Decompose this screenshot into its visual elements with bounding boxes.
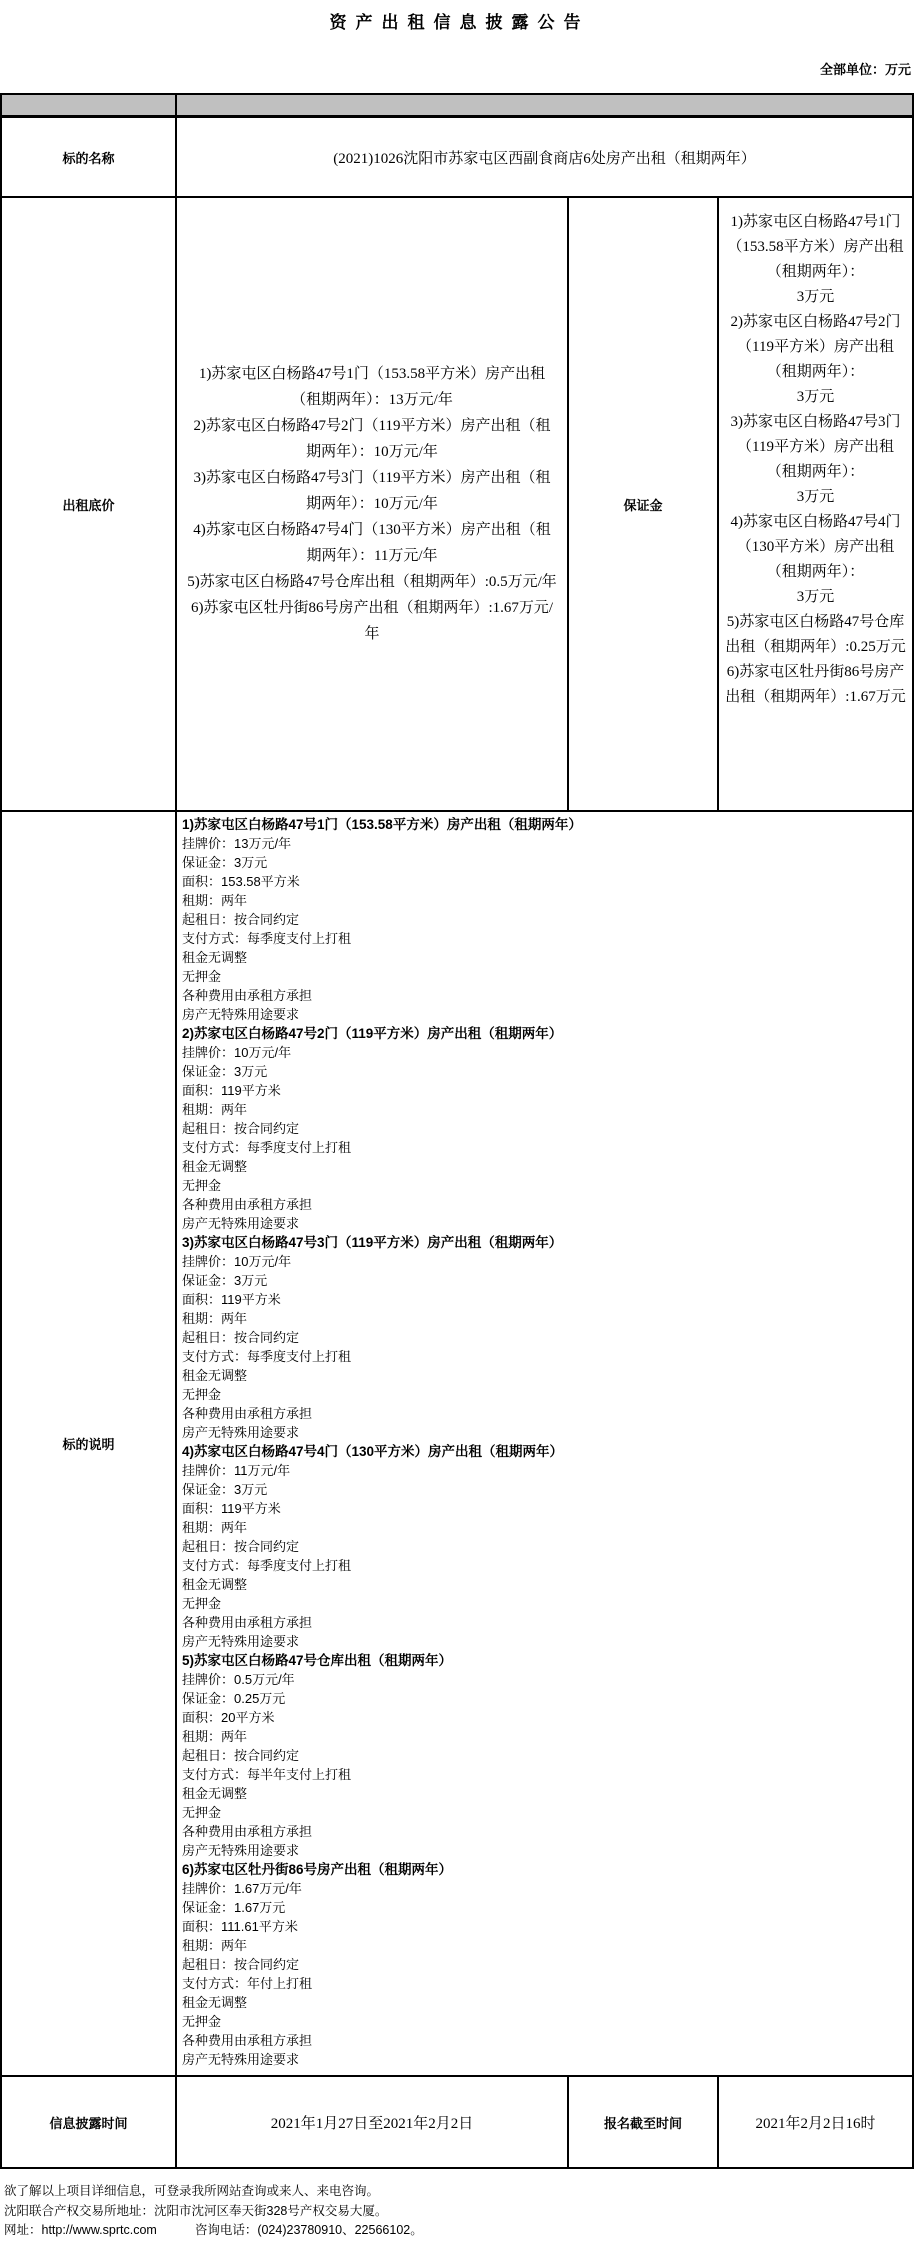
description-line: 租期：两年 (182, 1309, 906, 1328)
description-line: 挂牌价：0.5万元/年 (182, 1670, 906, 1689)
description-content-cell: 1)苏家屯区白杨路47号1门（153.58平方米）房产出租（租期两年）挂牌价：1… (176, 811, 913, 2076)
description-line: 保证金：3万元 (182, 1062, 906, 1081)
times-row: 信息披露时间 2021年1月27日至2021年2月2日 报名截至时间 2021年… (1, 2076, 913, 2168)
description-line: 房产无特殊用途要求 (182, 2050, 906, 2069)
description-heading: 4)苏家屯区白杨路47号4门（130平方米）房产出租（租期两年） (182, 1442, 906, 1461)
description-line: 房产无特殊用途要求 (182, 1214, 906, 1233)
deposit-item: 6)苏家屯区牡丹街86号房产出租（租期两年）:1.67万元 (723, 660, 908, 710)
description-block: 6)苏家屯区牡丹街86号房产出租（租期两年）挂牌价：1.67万元/年保证金：1.… (182, 1860, 906, 2069)
deposit-item: 1)苏家屯区白杨路47号1门（153.58平方米）房产出租（租期两年）：3万元 (723, 210, 908, 310)
description-line: 保证金：3万元 (182, 1271, 906, 1290)
price-deposit-row: 出租底价 1)苏家屯区白杨路47号1门（153.58平方米）房产出租（租期两年）… (1, 197, 913, 811)
disclosure-time-label: 信息披露时间 (1, 2076, 176, 2168)
description-line: 支付方式：年付上打租 (182, 1974, 906, 1993)
description-line: 面积：153.58平方米 (182, 872, 906, 891)
description-line: 保证金：3万元 (182, 1480, 906, 1499)
description-line: 租金无调整 (182, 1366, 906, 1385)
table-header-row (1, 94, 913, 117)
description-line: 起租日：按合同约定 (182, 1328, 906, 1347)
deposit-item-amount: 3万元 (723, 285, 908, 310)
header-value-cell (176, 94, 913, 117)
description-line: 租金无调整 (182, 1993, 906, 2012)
description-heading: 2)苏家屯区白杨路47号2门（119平方米）房产出租（租期两年） (182, 1024, 906, 1043)
deposit-item: 4)苏家屯区白杨路47号4门（130平方米）房产出租（租期两年）：3万元 (723, 510, 908, 610)
description-line: 面积：119平方米 (182, 1081, 906, 1100)
deposit-item: 5)苏家屯区白杨路47号仓库出租（租期两年）:0.25万元 (723, 610, 908, 660)
description-line: 各种费用由承租方承担 (182, 986, 906, 1005)
description-line: 各种费用由承租方承担 (182, 1613, 906, 1632)
description-line: 无押金 (182, 1594, 906, 1613)
footer-line-3: 网址：http://www.sprtc.com咨询电话：(024)2378091… (4, 2221, 919, 2241)
price-item: 1)苏家屯区白杨路47号1门（153.58平方米）房产出租（租期两年）：13万元… (187, 361, 557, 413)
description-line: 起租日：按合同约定 (182, 1537, 906, 1556)
description-line: 各种费用由承租方承担 (182, 1822, 906, 1841)
description-line: 各种费用由承租方承担 (182, 1195, 906, 1214)
description-line: 挂牌价：10万元/年 (182, 1252, 906, 1271)
description-line: 各种费用由承租方承担 (182, 1404, 906, 1423)
price-item: 5)苏家屯区白杨路47号仓库出租（租期两年）:0.5万元/年 (187, 569, 557, 595)
description-line: 支付方式：每季度支付上打租 (182, 929, 906, 948)
description-line: 无押金 (182, 967, 906, 986)
announcement-page: 资产出租信息披露公告 全部单位：万元 标的名称 (2021)1026沈阳市苏家屯… (0, 0, 919, 2241)
description-line: 租期：两年 (182, 1727, 906, 1746)
description-heading: 3)苏家屯区白杨路47号3门（119平方米）房产出租（租期两年） (182, 1233, 906, 1252)
description-line: 面积：20平方米 (182, 1708, 906, 1727)
footer-notes: 欲了解以上项目详细信息，可登录我所网站查询或来人、来电咨询。 沈阳联合产权交易所… (0, 2182, 919, 2241)
description-line: 保证金：3万元 (182, 853, 906, 872)
deposit-item-amount: 3万元 (723, 485, 908, 510)
description-line: 房产无特殊用途要求 (182, 1841, 906, 1860)
footer-line-1: 欲了解以上项目详细信息，可登录我所网站查询或来人、来电咨询。 (4, 2182, 919, 2202)
deposit-item-desc: 5)苏家屯区白杨路47号仓库出租（租期两年）:0.25万元 (723, 610, 908, 660)
description-block: 3)苏家屯区白杨路47号3门（119平方米）房产出租（租期两年）挂牌价：10万元… (182, 1233, 906, 1442)
description-line: 租金无调整 (182, 1784, 906, 1803)
price-item: 6)苏家屯区牡丹街86号房产出租（租期两年）:1.67万元/年 (187, 595, 557, 647)
description-line: 支付方式：每半年支付上打租 (182, 1765, 906, 1784)
description-line: 租期：两年 (182, 1100, 906, 1119)
description-label: 标的说明 (1, 811, 176, 2076)
deposit-item: 2)苏家屯区白杨路47号2门（119平方米）房产出租（租期两年）：3万元 (723, 310, 908, 410)
deposit-item-desc: 3)苏家屯区白杨路47号3门（119平方米）房产出租（租期两年）： (723, 410, 908, 485)
description-line: 挂牌价：1.67万元/年 (182, 1879, 906, 1898)
description-line: 各种费用由承租方承担 (182, 2031, 906, 2050)
description-line: 面积：119平方米 (182, 1499, 906, 1518)
description-heading: 1)苏家屯区白杨路47号1门（153.58平方米）房产出租（租期两年） (182, 815, 906, 834)
footer-website: 网址：http://www.sprtc.com (4, 2223, 157, 2237)
description-line: 保证金：1.67万元 (182, 1898, 906, 1917)
description-line: 挂牌价：13万元/年 (182, 834, 906, 853)
description-line: 起租日：按合同约定 (182, 1746, 906, 1765)
description-line: 无押金 (182, 1803, 906, 1822)
description-line: 支付方式：每季度支付上打租 (182, 1138, 906, 1157)
description-line: 无押金 (182, 1176, 906, 1195)
header-label-cell (1, 94, 176, 117)
description-heading: 5)苏家屯区白杨路47号仓库出租（租期两年） (182, 1651, 906, 1670)
deposit-item-desc: 6)苏家屯区牡丹街86号房产出租（租期两年）:1.67万元 (723, 660, 908, 710)
description-line: 租金无调整 (182, 948, 906, 967)
price-item: 3)苏家屯区白杨路47号3门（119平方米）房产出租（租期两年）：10万元/年 (187, 465, 557, 517)
deposit-item-amount: 3万元 (723, 585, 908, 610)
deposit-item: 3)苏家屯区白杨路47号3门（119平方米）房产出租（租期两年）：3万元 (723, 410, 908, 510)
description-line: 挂牌价：11万元/年 (182, 1461, 906, 1480)
subject-row: 标的名称 (2021)1026沈阳市苏家屯区西副食商店6处房产出租（租期两年） (1, 117, 913, 198)
description-line: 无押金 (182, 1385, 906, 1404)
price-item: 2)苏家屯区白杨路47号2门（119平方米）房产出租（租期两年）：10万元/年 (187, 413, 557, 465)
description-line: 起租日：按合同约定 (182, 910, 906, 929)
subject-value: (2021)1026沈阳市苏家屯区西副食商店6处房产出租（租期两年） (176, 117, 913, 198)
description-line: 房产无特殊用途要求 (182, 1005, 906, 1024)
deposit-label: 保证金 (568, 197, 718, 811)
deadline-value: 2021年2月2日16时 (718, 2076, 913, 2168)
description-line: 无押金 (182, 2012, 906, 2031)
price-items-cell: 1)苏家屯区白杨路47号1门（153.58平方米）房产出租（租期两年）：13万元… (176, 197, 568, 811)
description-line: 房产无特殊用途要求 (182, 1423, 906, 1442)
description-line: 起租日：按合同约定 (182, 1955, 906, 1974)
description-line: 租金无调整 (182, 1575, 906, 1594)
deposit-item-amount: 3万元 (723, 385, 908, 410)
description-line: 租金无调整 (182, 1157, 906, 1176)
description-line: 房产无特殊用途要求 (182, 1632, 906, 1651)
disclosure-time-value: 2021年1月27日至2021年2月2日 (176, 2076, 568, 2168)
footer-phone: 咨询电话：(024)23780910、22566102。 (195, 2223, 423, 2237)
description-line: 保证金：0.25万元 (182, 1689, 906, 1708)
description-block: 4)苏家屯区白杨路47号4门（130平方米）房产出租（租期两年）挂牌价：11万元… (182, 1442, 906, 1651)
description-row: 标的说明 1)苏家屯区白杨路47号1门（153.58平方米）房产出租（租期两年）… (1, 811, 913, 2076)
deposit-items-cell: 1)苏家屯区白杨路47号1门（153.58平方米）房产出租（租期两年）：3万元2… (718, 197, 913, 811)
deadline-label: 报名截至时间 (568, 2076, 718, 2168)
description-line: 支付方式：每季度支付上打租 (182, 1347, 906, 1366)
description-block: 2)苏家屯区白杨路47号2门（119平方米）房产出租（租期两年）挂牌价：10万元… (182, 1024, 906, 1233)
page-title: 资产出租信息披露公告 (0, 0, 919, 33)
description-line: 支付方式：每季度支付上打租 (182, 1556, 906, 1575)
description-line: 租期：两年 (182, 1518, 906, 1537)
description-line: 起租日：按合同约定 (182, 1119, 906, 1138)
unit-note: 全部单位：万元 (0, 59, 911, 78)
description-line: 面积：119平方米 (182, 1290, 906, 1309)
deposit-item-desc: 1)苏家屯区白杨路47号1门（153.58平方米）房产出租（租期两年）： (723, 210, 908, 285)
description-line: 租期：两年 (182, 1936, 906, 1955)
description-line: 租期：两年 (182, 891, 906, 910)
announcement-table: 标的名称 (2021)1026沈阳市苏家屯区西副食商店6处房产出租（租期两年） … (0, 93, 914, 2169)
description-block: 5)苏家屯区白杨路47号仓库出租（租期两年）挂牌价：0.5万元/年保证金：0.2… (182, 1651, 906, 1860)
description-line: 面积：111.61平方米 (182, 1917, 906, 1936)
deposit-item-desc: 4)苏家屯区白杨路47号4门（130平方米）房产出租（租期两年）： (723, 510, 908, 585)
description-heading: 6)苏家屯区牡丹街86号房产出租（租期两年） (182, 1860, 906, 1879)
footer-line-2: 沈阳联合产权交易所地址：沈阳市沈河区奉天街328号产权交易大厦。 (4, 2202, 919, 2222)
description-line: 挂牌价：10万元/年 (182, 1043, 906, 1062)
deposit-item-desc: 2)苏家屯区白杨路47号2门（119平方米）房产出租（租期两年）： (723, 310, 908, 385)
description-block: 1)苏家屯区白杨路47号1门（153.58平方米）房产出租（租期两年）挂牌价：1… (182, 815, 906, 1024)
price-label: 出租底价 (1, 197, 176, 811)
price-item: 4)苏家屯区白杨路47号4门（130平方米）房产出租（租期两年）：11万元/年 (187, 517, 557, 569)
subject-label: 标的名称 (1, 117, 176, 198)
